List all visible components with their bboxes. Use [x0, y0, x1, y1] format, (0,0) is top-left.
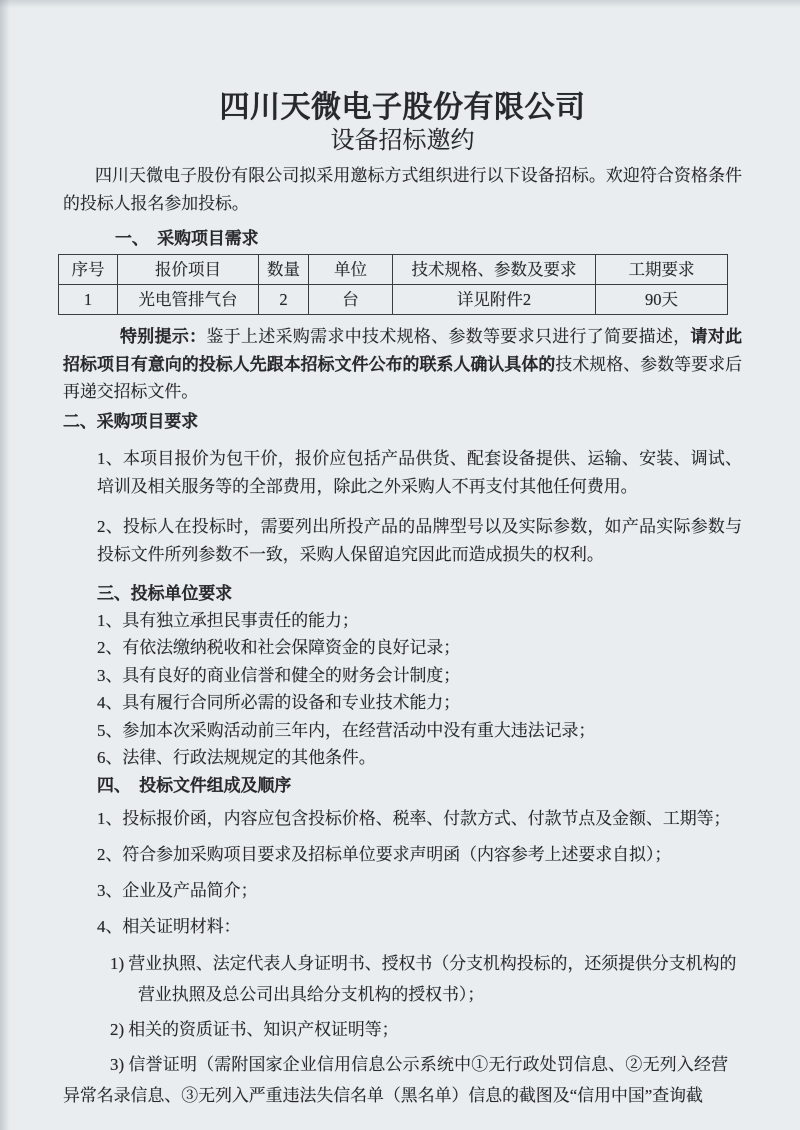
- section4-subitem-3: 3) 信誉证明（需附国家企业信用信息公示系统中①无行政处罚信息、②无列入经营异常…: [63, 1049, 728, 1111]
- col-header-unit: 单位: [309, 255, 393, 285]
- section4-item-1: 1、投标报价函，内容应包含投标价格、税率、付款方式、付款节点及金额、工期等；: [97, 803, 742, 834]
- col-header-item: 报价项目: [118, 255, 259, 285]
- section3-item-3: 3、具有良好的商业信誉和健全的财务会计制度；: [97, 662, 742, 690]
- section2-item-1: 1、本项目报价为包干价，报价应包括产品供货、配套设备提供、运输、安装、调试、培训…: [97, 445, 742, 501]
- special-notice-label: 特别提示：: [120, 327, 206, 346]
- section3-item-4: 4、具有履行合同所必需的设备和专业技术能力；: [97, 689, 742, 717]
- section3-item-6: 6、法律、行政法规规定的其他条件。: [97, 744, 742, 772]
- col-header-seq: 序号: [59, 255, 118, 285]
- section4-item-2: 2、符合参加采购项目要求及招标单位要求声明函（内容参考上述要求自拟）；: [97, 839, 742, 870]
- section3-item-5: 5、参加本次采购活动前三年内，在经营活动中没有重大违法记录；: [97, 717, 742, 745]
- col-header-spec: 技术规格、参数及要求: [393, 255, 596, 285]
- section4-heading: 四、 投标文件组成及顺序: [97, 773, 742, 799]
- section3-heading: 三、投标单位要求: [97, 581, 742, 607]
- procurement-table: 序号 报价项目 数量 单位 技术规格、参数及要求 工期要求 1 光电管排气台 2…: [58, 254, 728, 315]
- section2-item-2: 2、投标人在投标时，需要列出所投产品的品牌型号以及实际参数，如产品实际参数与投标…: [97, 513, 742, 569]
- scanned-document-page: 四川天微电子股份有限公司 设备招标邀约 四川天微电子股份有限公司拟采用邀标方式组…: [0, 0, 800, 1130]
- section4-subitem-2: 2) 相关的资质证书、知识产权证明等；: [63, 1014, 742, 1045]
- company-title: 四川天微电子股份有限公司: [63, 90, 742, 126]
- document-subtitle: 设备招标邀约: [63, 126, 742, 156]
- section3-item-2: 2、有依法缴纳税收和社会保障资金的良好记录；: [97, 634, 742, 662]
- cell-duration: 90天: [596, 285, 728, 315]
- cell-seq: 1: [59, 285, 118, 315]
- cell-qty: 2: [259, 285, 309, 315]
- col-header-duration: 工期要求: [596, 255, 728, 285]
- special-notice-text-1: 鉴于上述采购需求中技术规格、参数等要求只进行了简要描述，: [206, 327, 690, 346]
- special-notice-paragraph: 特别提示：鉴于上述采购需求中技术规格、参数等要求只进行了简要描述，请对此招标项目…: [63, 323, 742, 406]
- cell-item: 光电管排气台: [118, 285, 259, 315]
- table-header-row: 序号 报价项目 数量 单位 技术规格、参数及要求 工期要求: [59, 255, 728, 285]
- section1-heading: 一、 采购项目需求: [115, 226, 742, 251]
- cell-spec: 详见附件2: [393, 285, 596, 315]
- section4-item-3: 3、企业及产品简介；: [97, 875, 742, 906]
- cell-unit: 台: [309, 285, 393, 315]
- section4-item-4: 4、相关证明材料：: [97, 911, 742, 942]
- section3-item-1: 1、具有独立承担民事责任的能力；: [97, 607, 742, 635]
- col-header-qty: 数量: [259, 255, 309, 285]
- intro-paragraph: 四川天微电子股份有限公司拟采用邀标方式组织进行以下设备招标。欢迎符合资格条件的投…: [63, 162, 742, 218]
- section4-subitem-1: 1) 营业执照、法定代表人身证明书、授权书（分支机构投标的，还须提供分支机构的营…: [63, 948, 742, 1010]
- section2-heading: 二、采购项目要求: [63, 408, 742, 435]
- table-row: 1 光电管排气台 2 台 详见附件2 90天: [59, 285, 728, 315]
- document-content: 四川天微电子股份有限公司 设备招标邀约 四川天微电子股份有限公司拟采用邀标方式组…: [0, 0, 800, 1111]
